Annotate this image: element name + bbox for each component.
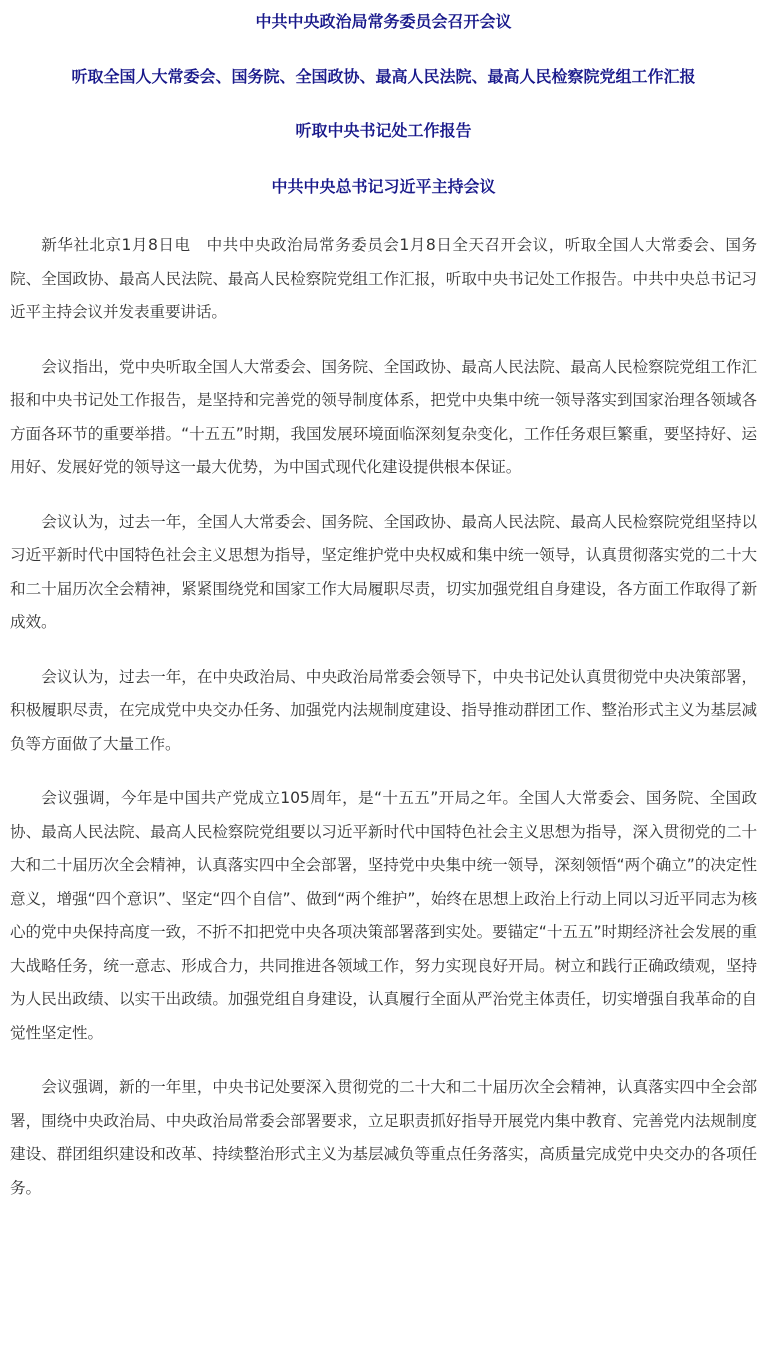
paragraph-meeting-pointed-out: 会议指出，党中央听取全国人大常委会、国务院、全国政协、最高人民法院、最高人民检察… [10,351,757,485]
paragraph-secretariat-review: 会议认为，过去一年，在中央政治局、中央政治局常委会领导下，中央书记处认真贯彻党中… [10,661,757,762]
paragraph-secretariat-tasks: 会议强调，新的一年里，中央书记处要深入贯彻党的二十大和二十届历次全会精神，认真落… [10,1071,757,1205]
subheadline-reports: 听取全国人大常委会、国务院、全国政协、最高人民法院、最高人民检察院党组工作汇报 [10,66,757,88]
subheadline-chair: 中共中央总书记习近平主持会议 [10,176,757,198]
subheadline-secretariat: 听取中央书记处工作报告 [10,120,757,142]
paragraph-lead: 新华社北京1月8日电 中共中央政治局常务委员会1月8日全天召开会议，听取全国人大… [10,229,757,330]
paragraph-party-groups-review: 会议认为，过去一年，全国人大常委会、国务院、全国政协、最高人民法院、最高人民检察… [10,506,757,640]
paragraph-party-groups-tasks: 会议强调，今年是中国共产党成立105周年，是“十五五”开局之年。全国人大常委会、… [10,782,757,1050]
article-body: 新华社北京1月8日电 中共中央政治局常务委员会1月8日全天召开会议，听取全国人大… [10,229,757,1226]
main-headline: 中共中央政治局常务委员会召开会议 [10,11,757,33]
